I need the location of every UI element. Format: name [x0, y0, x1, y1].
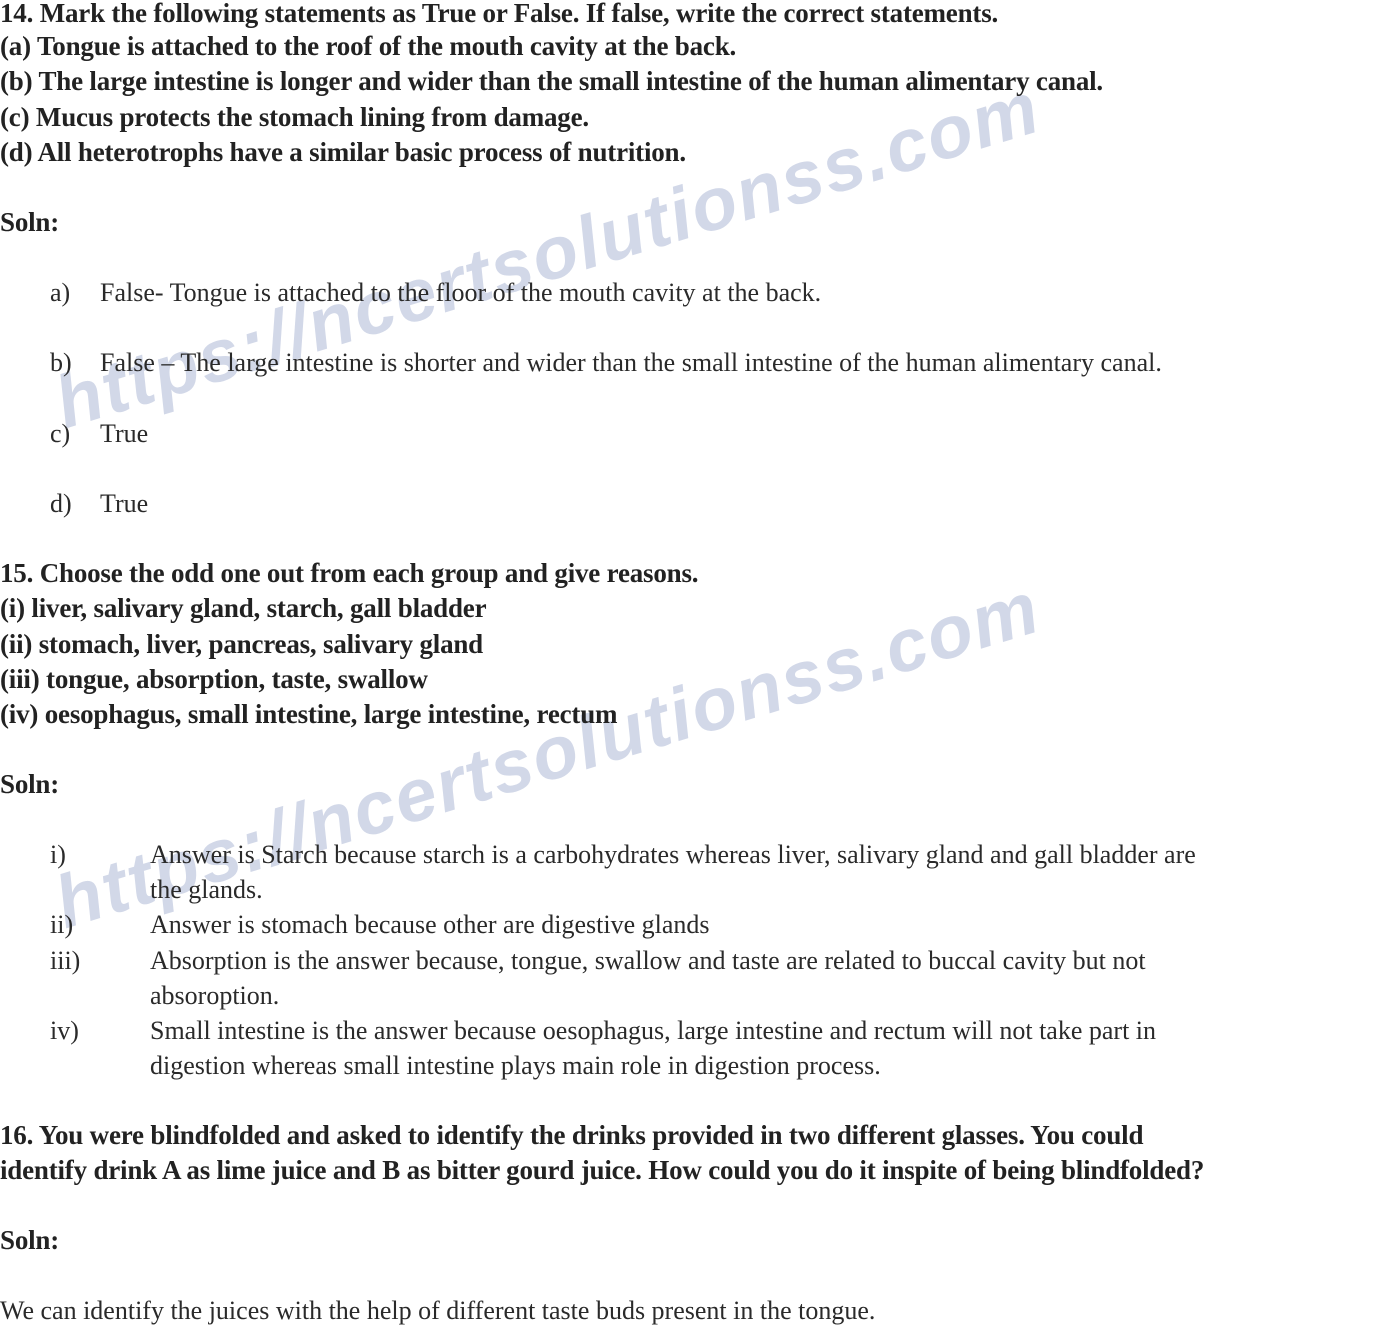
answer-text: Answer is stomach because other are dige… — [150, 907, 710, 942]
answer-marker: a) — [50, 275, 70, 310]
answer-marker: i) — [50, 837, 66, 872]
answer-text: True — [100, 416, 148, 451]
question-15-heading: 15. Choose the odd one out from each gro… — [0, 556, 698, 591]
question-14-heading: 14. Mark the following statements as Tru… — [0, 0, 998, 31]
answer-text: False- Tongue is attached to the floor o… — [100, 275, 821, 310]
question-15-group-iv: (iv) oesophagus, small intestine, large … — [0, 697, 617, 732]
answer-text: Small intestine is the answer because oe… — [150, 1013, 1156, 1048]
answer-marker: iv) — [50, 1013, 79, 1048]
question-14-statement-b: (b) The large intestine is longer and wi… — [0, 64, 1103, 99]
answer-marker: d) — [50, 486, 72, 521]
question-16-soln-label: Soln: — [0, 1223, 59, 1258]
answer-marker: b) — [50, 345, 72, 380]
answer-text: False – The large intestine is shorter a… — [100, 345, 1162, 380]
question-16-heading-line-1: 16. You were blindfolded and asked to id… — [0, 1118, 1143, 1153]
answer-text: Absorption is the answer because, tongue… — [150, 943, 1146, 978]
answer-marker: iii) — [50, 943, 80, 978]
answer-text: True — [100, 486, 148, 521]
answer-text-continued: the glands. — [150, 872, 263, 907]
question-15-soln-label: Soln: — [0, 767, 59, 802]
question-16-answer: We can identify the juices with the help… — [0, 1293, 875, 1328]
question-15-group-iii: (iii) tongue, absorption, taste, swallow — [0, 662, 428, 697]
question-15-group-i: (i) liver, salivary gland, starch, gall … — [0, 591, 486, 626]
question-15-group-ii: (ii) stomach, liver, pancreas, salivary … — [0, 627, 483, 662]
question-14-statement-c: (c) Mucus protects the stomach lining fr… — [0, 100, 589, 135]
answer-marker: c) — [50, 416, 70, 451]
question-14-statement-a: (a) Tongue is attached to the roof of th… — [0, 29, 736, 64]
document-page: https://ncertsolutionss.com https://ncer… — [0, 0, 1389, 1328]
question-16-heading-line-2: identify drink A as lime juice and B as … — [0, 1153, 1204, 1188]
answer-text: Answer is Starch because starch is a car… — [150, 837, 1196, 872]
question-14-soln-label: Soln: — [0, 205, 59, 240]
answer-marker: ii) — [50, 907, 73, 942]
question-14-statement-d: (d) All heterotrophs have a similar basi… — [0, 135, 686, 170]
answer-text-continued: absoroption. — [150, 978, 279, 1013]
answer-text-continued: digestion whereas small intestine plays … — [150, 1048, 881, 1083]
